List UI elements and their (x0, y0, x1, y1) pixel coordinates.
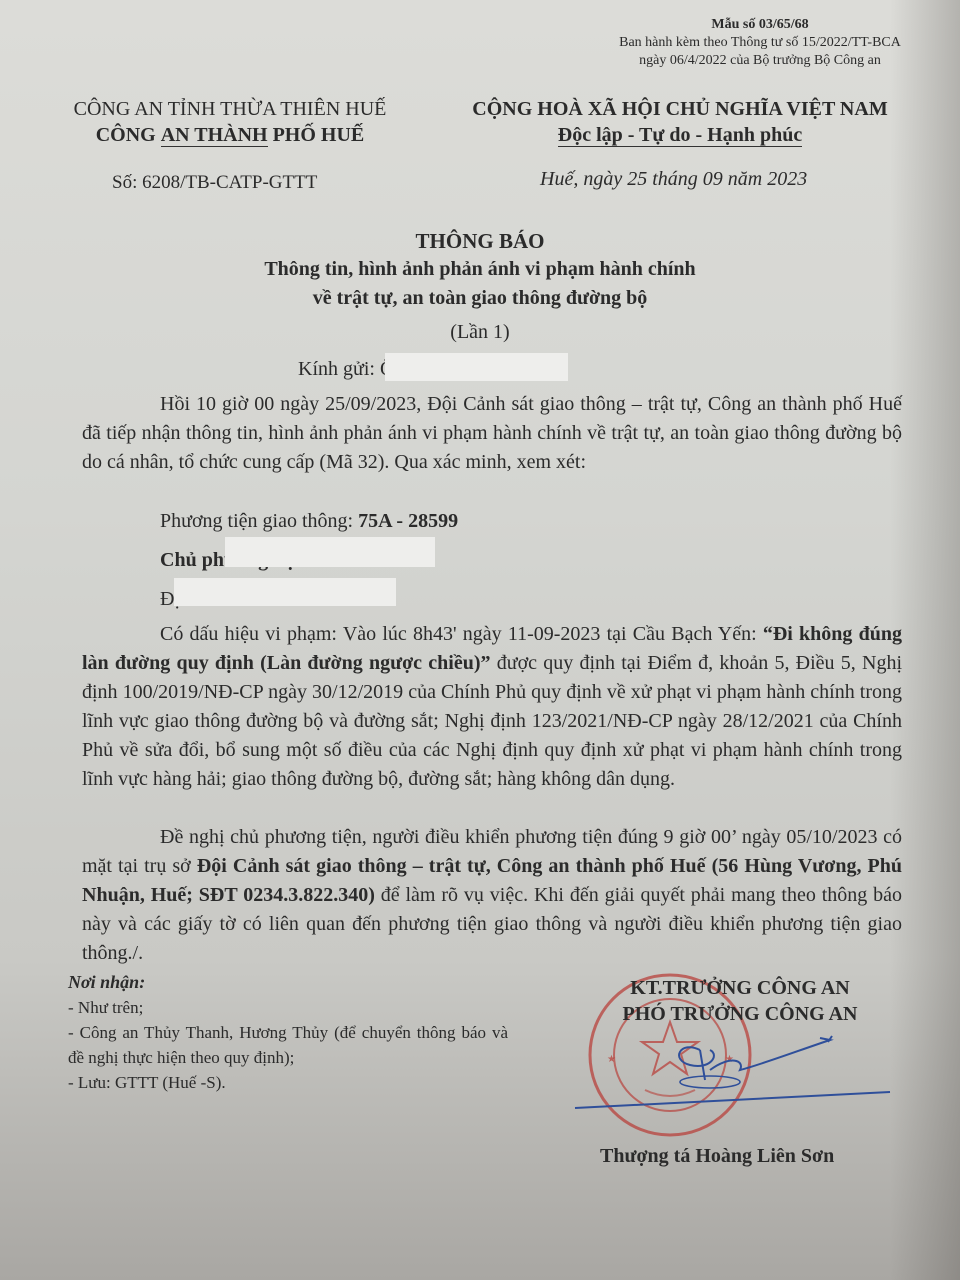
form-reference: Mẫu số 03/65/68 Ban hành kèm theo Thông … (560, 16, 960, 70)
form-number: Mẫu số 03/65/68 (560, 16, 960, 34)
national-header: CỘNG HOÀ XÃ HỘI CHỦ NGHĨA VIỆT NAM Độc l… (440, 96, 920, 148)
issuing-agency: CÔNG AN THÀNH PHỐ HUẾ (40, 122, 420, 148)
national-name: CỘNG HOÀ XÃ HỘI CHỦ NGHĨA VIỆT NAM (440, 96, 920, 122)
vehicle-label: Phương tiện giao thông: (160, 510, 358, 532)
paragraph-request: Đề nghị chủ phương tiện, người điều khiể… (82, 823, 902, 968)
recipient-item: - Lưu: GTTT (Huế -S). (68, 1070, 508, 1095)
recipient-item: - Công an Thủy Thanh, Hương Thủy (để chu… (68, 1020, 508, 1070)
paragraph-violation: Có dấu hiệu vi phạm: Vào lúc 8h43' ngày … (82, 620, 902, 794)
title-subtitle-2: về trật tự, an toàn giao thông đường bộ (140, 284, 820, 313)
agency-underlined: AN THÀNH (161, 124, 268, 147)
form-issued-line2: ngày 06/4/2022 của Bộ trưởng Bộ Công an (560, 52, 960, 70)
handwritten-signature-icon (570, 1020, 910, 1110)
signer-name: Thượng tá Hoàng Liên Sơn (600, 1145, 834, 1168)
agency-suffix: PHỐ HUẾ (268, 124, 365, 146)
title-heading: THÔNG BÁO (140, 227, 820, 255)
agency-prefix: CÔNG (96, 124, 161, 146)
title-round: (Lần 1) (140, 317, 820, 347)
recipients-heading: Nơi nhận: (68, 970, 508, 995)
vehicle-plate: 75A - 28599 (358, 510, 458, 532)
place-date: Huế, ngày 25 tháng 09 năm 2023 (540, 168, 807, 191)
parent-agency: CÔNG AN TỈNH THỪA THIÊN HUẾ (40, 96, 420, 122)
redaction-owner (225, 537, 435, 567)
recipients-block: Nơi nhận: - Như trên; - Công an Thủy Tha… (68, 970, 508, 1095)
title-subtitle-1: Thông tin, hình ảnh phản ánh vi phạm hàn… (140, 255, 820, 284)
issuer-header: CÔNG AN TỈNH THỪA THIÊN HUẾ CÔNG AN THÀN… (40, 96, 420, 148)
document-number: Số: 6208/TB-CATP-GTTT (112, 172, 317, 194)
paragraph-intro: Hồi 10 giờ 00 ngày 25/09/2023, Đội Cảnh … (82, 390, 902, 477)
recipient-item: - Như trên; (68, 995, 508, 1020)
vehicle-line: Phương tiện giao thông: 75A - 28599 (160, 510, 458, 533)
redaction-addressee (385, 353, 568, 381)
signature-line-1: KT.TRƯỞNG CÔNG AN (580, 975, 900, 1001)
redaction-address (174, 578, 396, 606)
violation-lead: Có dấu hiệu vi phạm: Vào lúc 8h43' ngày … (160, 623, 763, 645)
form-issued-line1: Ban hành kèm theo Thông tư số 15/2022/TT… (560, 34, 960, 52)
document-title: THÔNG BÁO Thông tin, hình ảnh phản ánh v… (140, 227, 820, 347)
national-motto: Độc lập - Tự do - Hạnh phúc (558, 124, 802, 147)
